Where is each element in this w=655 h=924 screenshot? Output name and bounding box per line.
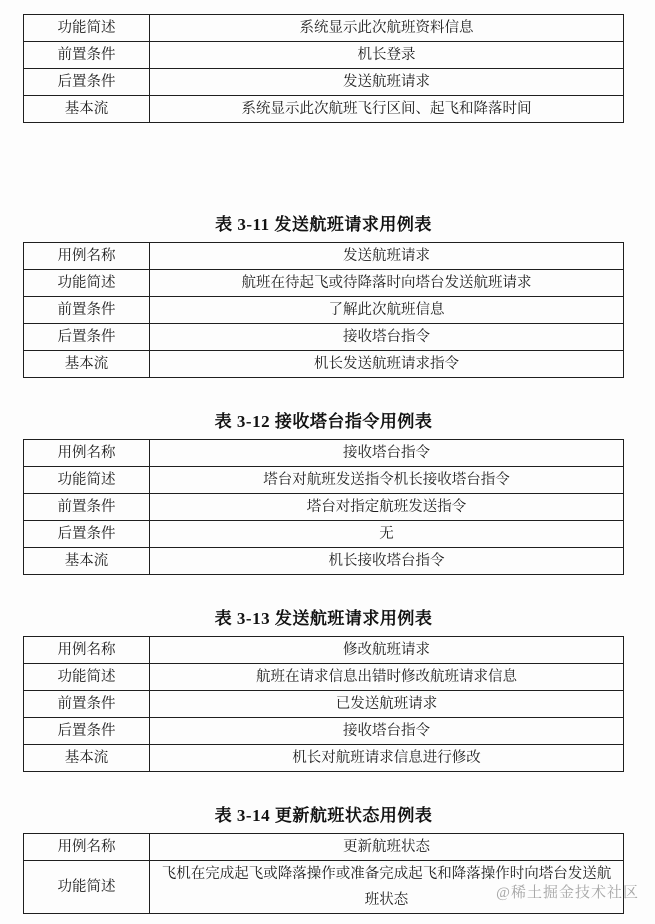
row-value-cell: 机长发送航班请求指令 [150, 351, 624, 378]
row-value-cell: 无 [150, 521, 624, 548]
table-row: 基本流 系统显示此次航班飞行区间、起飞和降落时间 [24, 96, 624, 123]
row-value-cell: 塔台对指定航班发送指令 [150, 494, 624, 521]
row-value-cell: 接收塔台指令 [150, 718, 624, 745]
row-label-cell: 功能简述 [24, 664, 150, 691]
row-value-cell: 系统显示此次航班资料信息 [150, 15, 624, 42]
table-row: 前置条件 机长登录 [24, 42, 624, 69]
row-label-cell: 后置条件 [24, 521, 150, 548]
row-value-cell: 系统显示此次航班飞行区间、起飞和降落时间 [150, 96, 624, 123]
table-row: 用例名称 更新航班状态 [24, 834, 624, 861]
row-value-cell: 机长接收塔台指令 [150, 548, 624, 575]
row-label-cell: 前置条件 [24, 42, 150, 69]
usecase-table: 用例名称 更新航班状态 功能简述 飞机在完成起飞或降落操作或准备完成起飞和降落操… [23, 833, 624, 914]
usecase-table-section: 表 3-13 发送航班请求用例表 用例名称 修改航班请求 功能简述 航班在请求信… [23, 608, 624, 772]
table-row: 基本流 机长接收塔台指令 [24, 548, 624, 575]
row-value-cell: 飞机在完成起飞或降落操作或准备完成起飞和降落操作时向塔台发送航班状态 [150, 861, 624, 914]
row-label-cell: 后置条件 [24, 69, 150, 96]
row-label-cell: 功能简述 [24, 15, 150, 42]
row-value-cell: 发送航班请求 [150, 243, 624, 270]
table-row: 功能简述 航班在请求信息出错时修改航班请求信息 [24, 664, 624, 691]
usecase-table: 用例名称 修改航班请求 功能简述 航班在请求信息出错时修改航班请求信息 前置条件… [23, 636, 624, 772]
row-value-cell: 机长登录 [150, 42, 624, 69]
row-value-cell: 更新航班状态 [150, 834, 624, 861]
row-label-cell: 后置条件 [24, 324, 150, 351]
row-value-cell: 修改航班请求 [150, 637, 624, 664]
table-title: 表 3-13 发送航班请求用例表 [23, 608, 624, 629]
table-row: 功能简述 系统显示此次航班资料信息 [24, 15, 624, 42]
table-row: 后置条件 接收塔台指令 [24, 324, 624, 351]
table-title: 表 3-14 更新航班状态用例表 [23, 805, 624, 826]
row-value-cell: 机长对航班请求信息进行修改 [150, 745, 624, 772]
table-row: 前置条件 了解此次航班信息 [24, 297, 624, 324]
table-row: 前置条件 已发送航班请求 [24, 691, 624, 718]
table-row: 用例名称 修改航班请求 [24, 637, 624, 664]
usecase-table-section: 表 3-11 发送航班请求用例表 用例名称 发送航班请求 功能简述 航班在待起飞… [23, 214, 624, 378]
row-label-cell: 功能简述 [24, 270, 150, 297]
row-label-cell: 前置条件 [24, 297, 150, 324]
table-row: 前置条件 塔台对指定航班发送指令 [24, 494, 624, 521]
document-body: 功能简述 系统显示此次航班资料信息 前置条件 机长登录 后置条件 发送航班请求 … [23, 0, 624, 914]
row-value-cell: 塔台对航班发送指令机长接收塔台指令 [150, 467, 624, 494]
usecase-table: 用例名称 接收塔台指令 功能简述 塔台对航班发送指令机长接收塔台指令 前置条件 … [23, 439, 624, 575]
table-row: 用例名称 发送航班请求 [24, 243, 624, 270]
usecase-table: 功能简述 系统显示此次航班资料信息 前置条件 机长登录 后置条件 发送航班请求 … [23, 14, 624, 123]
table-row: 基本流 机长发送航班请求指令 [24, 351, 624, 378]
row-value-cell: 航班在待起飞或待降落时向塔台发送航班请求 [150, 270, 624, 297]
usecase-table: 用例名称 发送航班请求 功能简述 航班在待起飞或待降落时向塔台发送航班请求 前置… [23, 242, 624, 378]
row-label-cell: 前置条件 [24, 494, 150, 521]
row-value-cell: 航班在请求信息出错时修改航班请求信息 [150, 664, 624, 691]
row-value-cell: 已发送航班请求 [150, 691, 624, 718]
row-label-cell: 基本流 [24, 548, 150, 575]
row-value-cell: 发送航班请求 [150, 69, 624, 96]
row-label-cell: 功能简述 [24, 861, 150, 914]
usecase-table-section: 表 3-12 接收塔台指令用例表 用例名称 接收塔台指令 功能简述 塔台对航班发… [23, 411, 624, 575]
table-row: 功能简述 飞机在完成起飞或降落操作或准备完成起飞和降落操作时向塔台发送航班状态 [24, 861, 624, 914]
row-value-cell: 了解此次航班信息 [150, 297, 624, 324]
row-label-cell: 用例名称 [24, 440, 150, 467]
table-row: 功能简述 塔台对航班发送指令机长接收塔台指令 [24, 467, 624, 494]
table-row: 基本流 机长对航班请求信息进行修改 [24, 745, 624, 772]
row-label-cell: 后置条件 [24, 718, 150, 745]
table-row: 用例名称 接收塔台指令 [24, 440, 624, 467]
row-label-cell: 用例名称 [24, 243, 150, 270]
table-row: 后置条件 无 [24, 521, 624, 548]
row-label-cell: 基本流 [24, 351, 150, 378]
table-row: 后置条件 接收塔台指令 [24, 718, 624, 745]
usecase-table-section: 功能简述 系统显示此次航班资料信息 前置条件 机长登录 后置条件 发送航班请求 … [23, 14, 624, 123]
usecase-table-section: 表 3-14 更新航班状态用例表 用例名称 更新航班状态 功能简述 飞机在完成起… [23, 805, 624, 914]
row-label-cell: 前置条件 [24, 691, 150, 718]
row-label-cell: 用例名称 [24, 834, 150, 861]
table-title: 表 3-12 接收塔台指令用例表 [23, 411, 624, 432]
row-label-cell: 基本流 [24, 745, 150, 772]
table-title: 表 3-11 发送航班请求用例表 [23, 214, 624, 235]
row-value-cell: 接收塔台指令 [150, 324, 624, 351]
row-label-cell: 基本流 [24, 96, 150, 123]
table-row: 后置条件 发送航班请求 [24, 69, 624, 96]
row-value-cell: 接收塔台指令 [150, 440, 624, 467]
row-label-cell: 用例名称 [24, 637, 150, 664]
table-row: 功能简述 航班在待起飞或待降落时向塔台发送航班请求 [24, 270, 624, 297]
row-label-cell: 功能简述 [24, 467, 150, 494]
